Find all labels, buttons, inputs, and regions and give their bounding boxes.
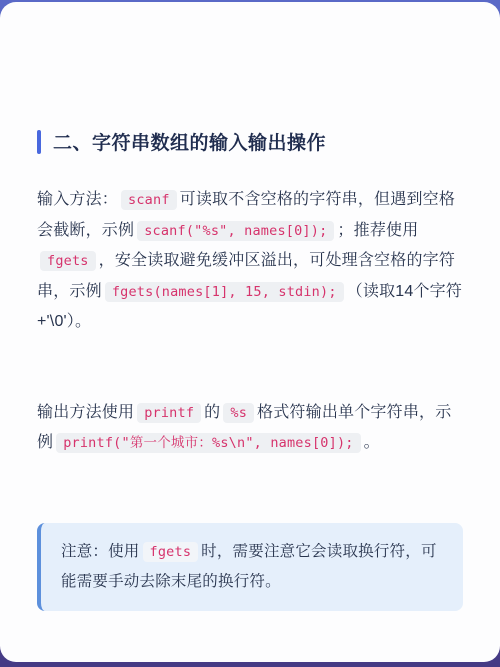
text-run: 注意：使用 [61,543,140,560]
inline-code: fgets [143,542,199,562]
content-card: 二、字符串数组的输入输出操作 输入方法：scanf可读取不含空格的字符串，但遇到… [0,2,500,662]
heading-accent-bar [37,130,41,154]
note-callout: 注意：使用fgets时，需要注意它会读取换行符，可能需要手动去除末尾的换行符。 [37,523,463,611]
inline-code: fgets(names[1], 15, stdin); [105,282,344,302]
text-run: 输出方法使用 [37,404,134,421]
paragraph-input-methods: 输入方法：scanf可读取不含空格的字符串，但遇到空格会截断，示例scanf("… [37,185,463,338]
inline-code: printf [137,403,201,423]
inline-code: %s [223,403,254,423]
text-run: 。 [364,434,380,451]
text-run: ；推荐使用 [337,222,418,239]
inline-code: scanf("%s", names[0]); [137,221,334,241]
section-title: 二、字符串数组的输入输出操作 [53,128,326,155]
paragraph-output-methods: 输出方法使用printf的%s格式符输出单个字符串，示例printf("第一个城… [37,398,463,459]
inline-code: printf("第一个城市：%s\n", names[0]); [56,433,360,453]
text-run: 的 [204,404,220,421]
section-heading: 二、字符串数组的输入输出操作 [37,128,463,155]
text-run: 输入方法： [37,191,118,208]
inline-code: scanf [121,190,177,210]
inline-code: fgets [40,251,96,271]
